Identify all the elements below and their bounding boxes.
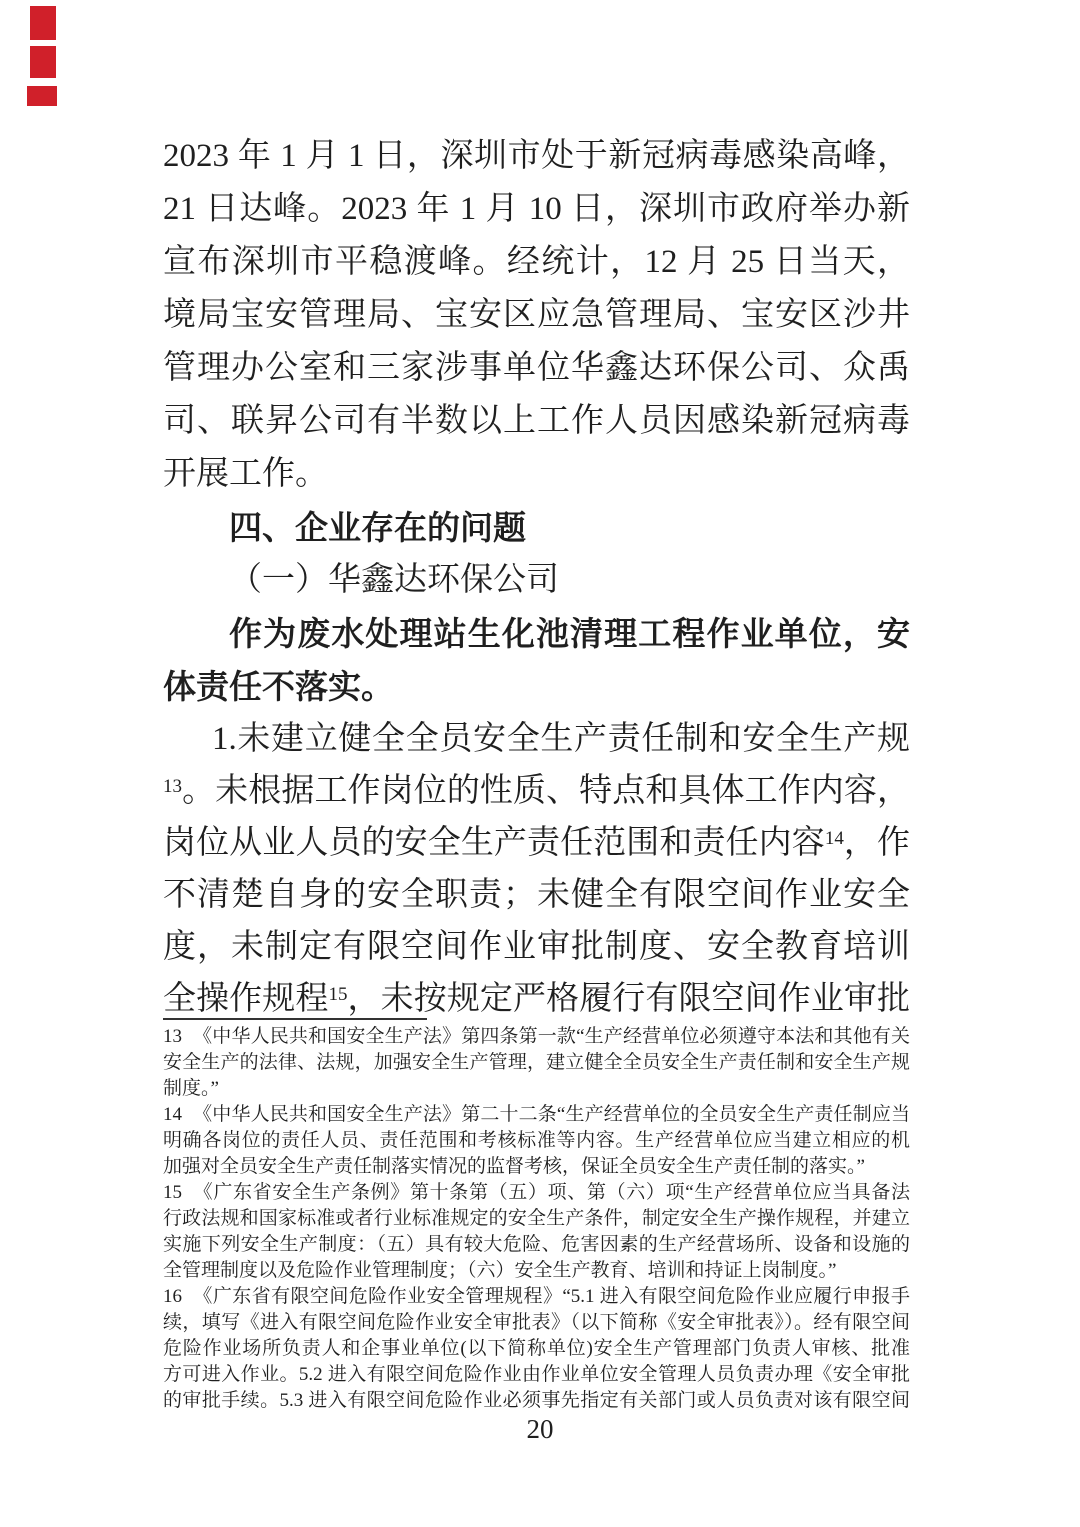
footnote-ref: 13 (163, 776, 182, 797)
text-line: 加强对全员安全生产责任制落实情况的监督考核，保证全员安全生产责任制的落实。” (163, 1154, 910, 1180)
page-number: 20 (0, 1412, 1080, 1446)
text-run: 体责任不落实。 (163, 668, 394, 705)
text-line: 作为废水处理站生化池清理工程作业单位，安全生产主 (163, 607, 910, 660)
text-run: 明确各岗位的责任人员、责任范围和考核标准等内容。生产经营单位应当建立相应的机制， (163, 1130, 910, 1154)
text-line: 1.未建立健全全员安全生产责任制和安全生产规章制度 (163, 713, 910, 765)
footnote-number: 15 (163, 1182, 182, 1203)
text-run: 《中华人民共和国安全生产法》第四条第一款“生产经营单位必须遵守本法和其他有关 (193, 1026, 910, 1047)
text-line: 2023 年 1 月 1 日，深圳市处于新冠病毒感染高峰，于 12 月 (163, 130, 910, 183)
text-line: 宣布深圳市平稳渡峰。经统计，12 月 25 日当天，市生态环 (163, 236, 910, 289)
text-run: 方可进入作业。5.2 进入有限空间危险作业由作业单位安全管理人员负责办理《安全审… (163, 1364, 910, 1388)
text-run: 管理办公室和三家涉事单位华鑫达环保公司、众禹环保公 (163, 350, 910, 395)
paragraph-bold-statement: 作为废水处理站生化池清理工程作业单位，安全生产主体责任不落实。 (163, 607, 910, 713)
paragraph-item-1: 1.未建立健全全员安全生产责任制和安全生产规章制度13。未根据工作岗位的性质、特… (163, 713, 910, 1025)
text-run: 1.未建立健全全员安全生产责任制和安全生产规章制度 (163, 721, 910, 765)
text-line: 21 日达峰。2023 年 1 月 10 日，深圳市政府举办新闻发布会 (163, 183, 910, 236)
text-line: 安全生产的法律、法规，加强安全生产管理，建立健全全员安全生产责任制和安全生产规章 (163, 1050, 910, 1076)
text-line: 管理办公室和三家涉事单位华鑫达环保公司、众禹环保公 (163, 342, 910, 395)
footnotes-section: 13《中华人民共和国安全生产法》第四条第一款“生产经营单位必须遵守本法和其他有关… (163, 1024, 910, 1414)
paragraph-intro: 2023 年 1 月 1 日，深圳市处于新冠病毒感染高峰，于 12 月21 日达… (163, 130, 910, 501)
footnote-ref: 14 (825, 828, 844, 849)
text-line: 13。未根据工作岗位的性质、特点和具体工作内容，明确各 (163, 765, 910, 817)
text-run: 危险作业场所负责人和企事业单位(以下简称单位)安全生产管理部门负责人审核、批准后… (163, 1338, 910, 1362)
text-line: 不清楚自身的安全职责；未健全有限空间作业安全管理制 (163, 869, 910, 921)
text-run: 全操作规程 (163, 981, 328, 1017)
text-run: 21 日达峰。2023 年 1 月 10 日，深圳市政府举办新闻发布会 (163, 191, 910, 236)
document-page: 2023 年 1 月 1 日，深圳市处于新冠病毒感染高峰，于 12 月21 日达… (0, 0, 1080, 1527)
footnote-number: 13 (163, 1026, 182, 1047)
text-run: 《广东省安全生产条例》第十条第（五）项、第（六）项“生产经营单位应当具备法律、 (163, 1182, 910, 1206)
red-stamp-mark (30, 6, 56, 40)
text-line: 15《广东省安全生产条例》第十条第（五）项、第（六）项“生产经营单位应当具备法律… (163, 1180, 910, 1206)
text-column-lower: 1.未建立健全全员安全生产责任制和安全生产规章制度13。未根据工作岗位的性质、特… (163, 713, 910, 1025)
footnote-separator (163, 1018, 427, 1020)
text-line: 境局宝安管理局、宝安区应急管理局、宝安区沙井街道应急 (163, 289, 910, 342)
text-line: 危险作业场所负责人和企事业单位(以下简称单位)安全生产管理部门负责人审核、批准后… (163, 1336, 910, 1362)
text-line: 实施下列安全生产制度：（五）具有较大危险、危害因素的生产经营场所、设备和设施的安 (163, 1232, 910, 1258)
text-run: 度，未制定有限空间作业审批制度、安全教育培训制度及安 (163, 929, 910, 973)
red-stamp-mark (27, 86, 57, 106)
text-run: 作为废水处理站生化池清理工程作业单位，安全生产主 (163, 615, 910, 660)
text-run: 实施下列安全生产制度：（五）具有较大危险、危害因素的生产经营场所、设备和设施的安 (163, 1234, 910, 1258)
section-heading: 四、企业存在的问题 (163, 501, 910, 554)
red-stamp-mark (30, 46, 56, 78)
text-line: 明确各岗位的责任人员、责任范围和考核标准等内容。生产经营单位应当建立相应的机制， (163, 1128, 910, 1154)
text-run: 境局宝安管理局、宝安区应急管理局、宝安区沙井街道应急 (163, 297, 910, 342)
text-line: 岗位从业人员的安全生产责任范围和责任内容14，作业人员 (163, 817, 910, 869)
text-run: 岗位从业人员的安全生产责任范围和责任内容 (163, 825, 825, 861)
text-line: 度，未制定有限空间作业审批制度、安全教育培训制度及安 (163, 921, 910, 973)
text-run: 《中华人民共和国安全生产法》第二十二条“生产经营单位的全员安全生产责任制应当 (193, 1104, 910, 1125)
text-line: 司、联昇公司有半数以上工作人员因感染新冠病毒无法正常 (163, 395, 910, 448)
footnote-14: 14《中华人民共和国安全生产法》第二十二条“生产经营单位的全员安全生产责任制应当… (163, 1102, 910, 1180)
text-line: 16《广东省有限空间危险作业安全管理规程》“5.1 进入有限空间危险作业应履行申… (163, 1284, 910, 1310)
text-line: 方可进入作业。5.2 进入有限空间危险作业由作业单位安全管理人员负责办理《安全审… (163, 1362, 910, 1388)
text-line: 的审批手续。5.3 进入有限空间危险作业必须事先指定有关部门或人员负责对该有限空… (163, 1388, 910, 1414)
text-run: 行政法规和国家标准或者行业标准规定的安全生产条件，制定安全生产操作规程，并建立和 (163, 1208, 910, 1232)
footnote-number: 16 (163, 1286, 182, 1307)
text-run: 加强对全员安全生产责任制落实情况的监督考核，保证全员安全生产责任制的落实。” (163, 1156, 865, 1177)
text-line: 全管理制度以及危险作业管理制度；（六）安全生产教育、培训和持证上岗制度。” (163, 1258, 910, 1284)
text-run: 司、联昇公司有半数以上工作人员因感染新冠病毒无法正常 (163, 403, 910, 448)
text-run: 不清楚自身的安全职责；未健全有限空间作业安全管理制 (163, 877, 910, 921)
footnote-16: 16《广东省有限空间危险作业安全管理规程》“5.1 进入有限空间危险作业应履行申… (163, 1284, 910, 1414)
footnote-ref: 15 (328, 984, 347, 1005)
text-run: 开展工作。 (163, 456, 328, 492)
text-column-upper: 2023 年 1 月 1 日，深圳市处于新冠病毒感染高峰，于 12 月21 日达… (163, 130, 910, 713)
text-run: 《广东省有限空间危险作业安全管理规程》“5.1 进入有限空间危险作业应履行申报手 (193, 1286, 910, 1307)
text-line: 14《中华人民共和国安全生产法》第二十二条“生产经营单位的全员安全生产责任制应当 (163, 1102, 910, 1128)
text-run: 续，填写《进入有限空间危险作业安全审批表》（以下简称《安全审批表》）。经有限空间 (163, 1312, 910, 1333)
text-line: 开展工作。 (163, 448, 910, 501)
text-run: 2023 年 1 月 1 日，深圳市处于新冠病毒感染高峰，于 12 月 (163, 138, 910, 183)
subsection-heading: （一）华鑫达环保公司 (163, 554, 910, 607)
text-run: 全管理制度以及危险作业管理制度；（六）安全生产教育、培训和持证上岗制度。” (163, 1260, 836, 1281)
text-line: 13《中华人民共和国安全生产法》第四条第一款“生产经营单位必须遵守本法和其他有关 (163, 1024, 910, 1050)
text-line: 行政法规和国家标准或者行业标准规定的安全生产条件，制定安全生产操作规程，并建立和 (163, 1206, 910, 1232)
text-run: 制度。” (163, 1078, 219, 1099)
text-run: 的审批手续。5.3 进入有限空间危险作业必须事先指定有关部门或人员负责对该有限空… (163, 1390, 910, 1414)
text-run: 。未根据工作岗位的性质、特点和具体工作内容，明确各 (163, 773, 910, 817)
text-line: 制度。” (163, 1076, 910, 1102)
text-run: 安全生产的法律、法规，加强安全生产管理，建立健全全员安全生产责任制和安全生产规章 (163, 1052, 910, 1076)
footnote-number: 14 (163, 1104, 182, 1125)
footnote-13: 13《中华人民共和国安全生产法》第四条第一款“生产经营单位必须遵守本法和其他有关… (163, 1024, 910, 1102)
text-line: 体责任不落实。 (163, 660, 910, 713)
text-line: 续，填写《进入有限空间危险作业安全审批表》（以下简称《安全审批表》）。经有限空间 (163, 1310, 910, 1336)
footnote-15: 15《广东省安全生产条例》第十条第（五）项、第（六）项“生产经营单位应当具备法律… (163, 1180, 910, 1284)
text-run: 宣布深圳市平稳渡峰。经统计，12 月 25 日当天，市生态环 (163, 244, 910, 289)
